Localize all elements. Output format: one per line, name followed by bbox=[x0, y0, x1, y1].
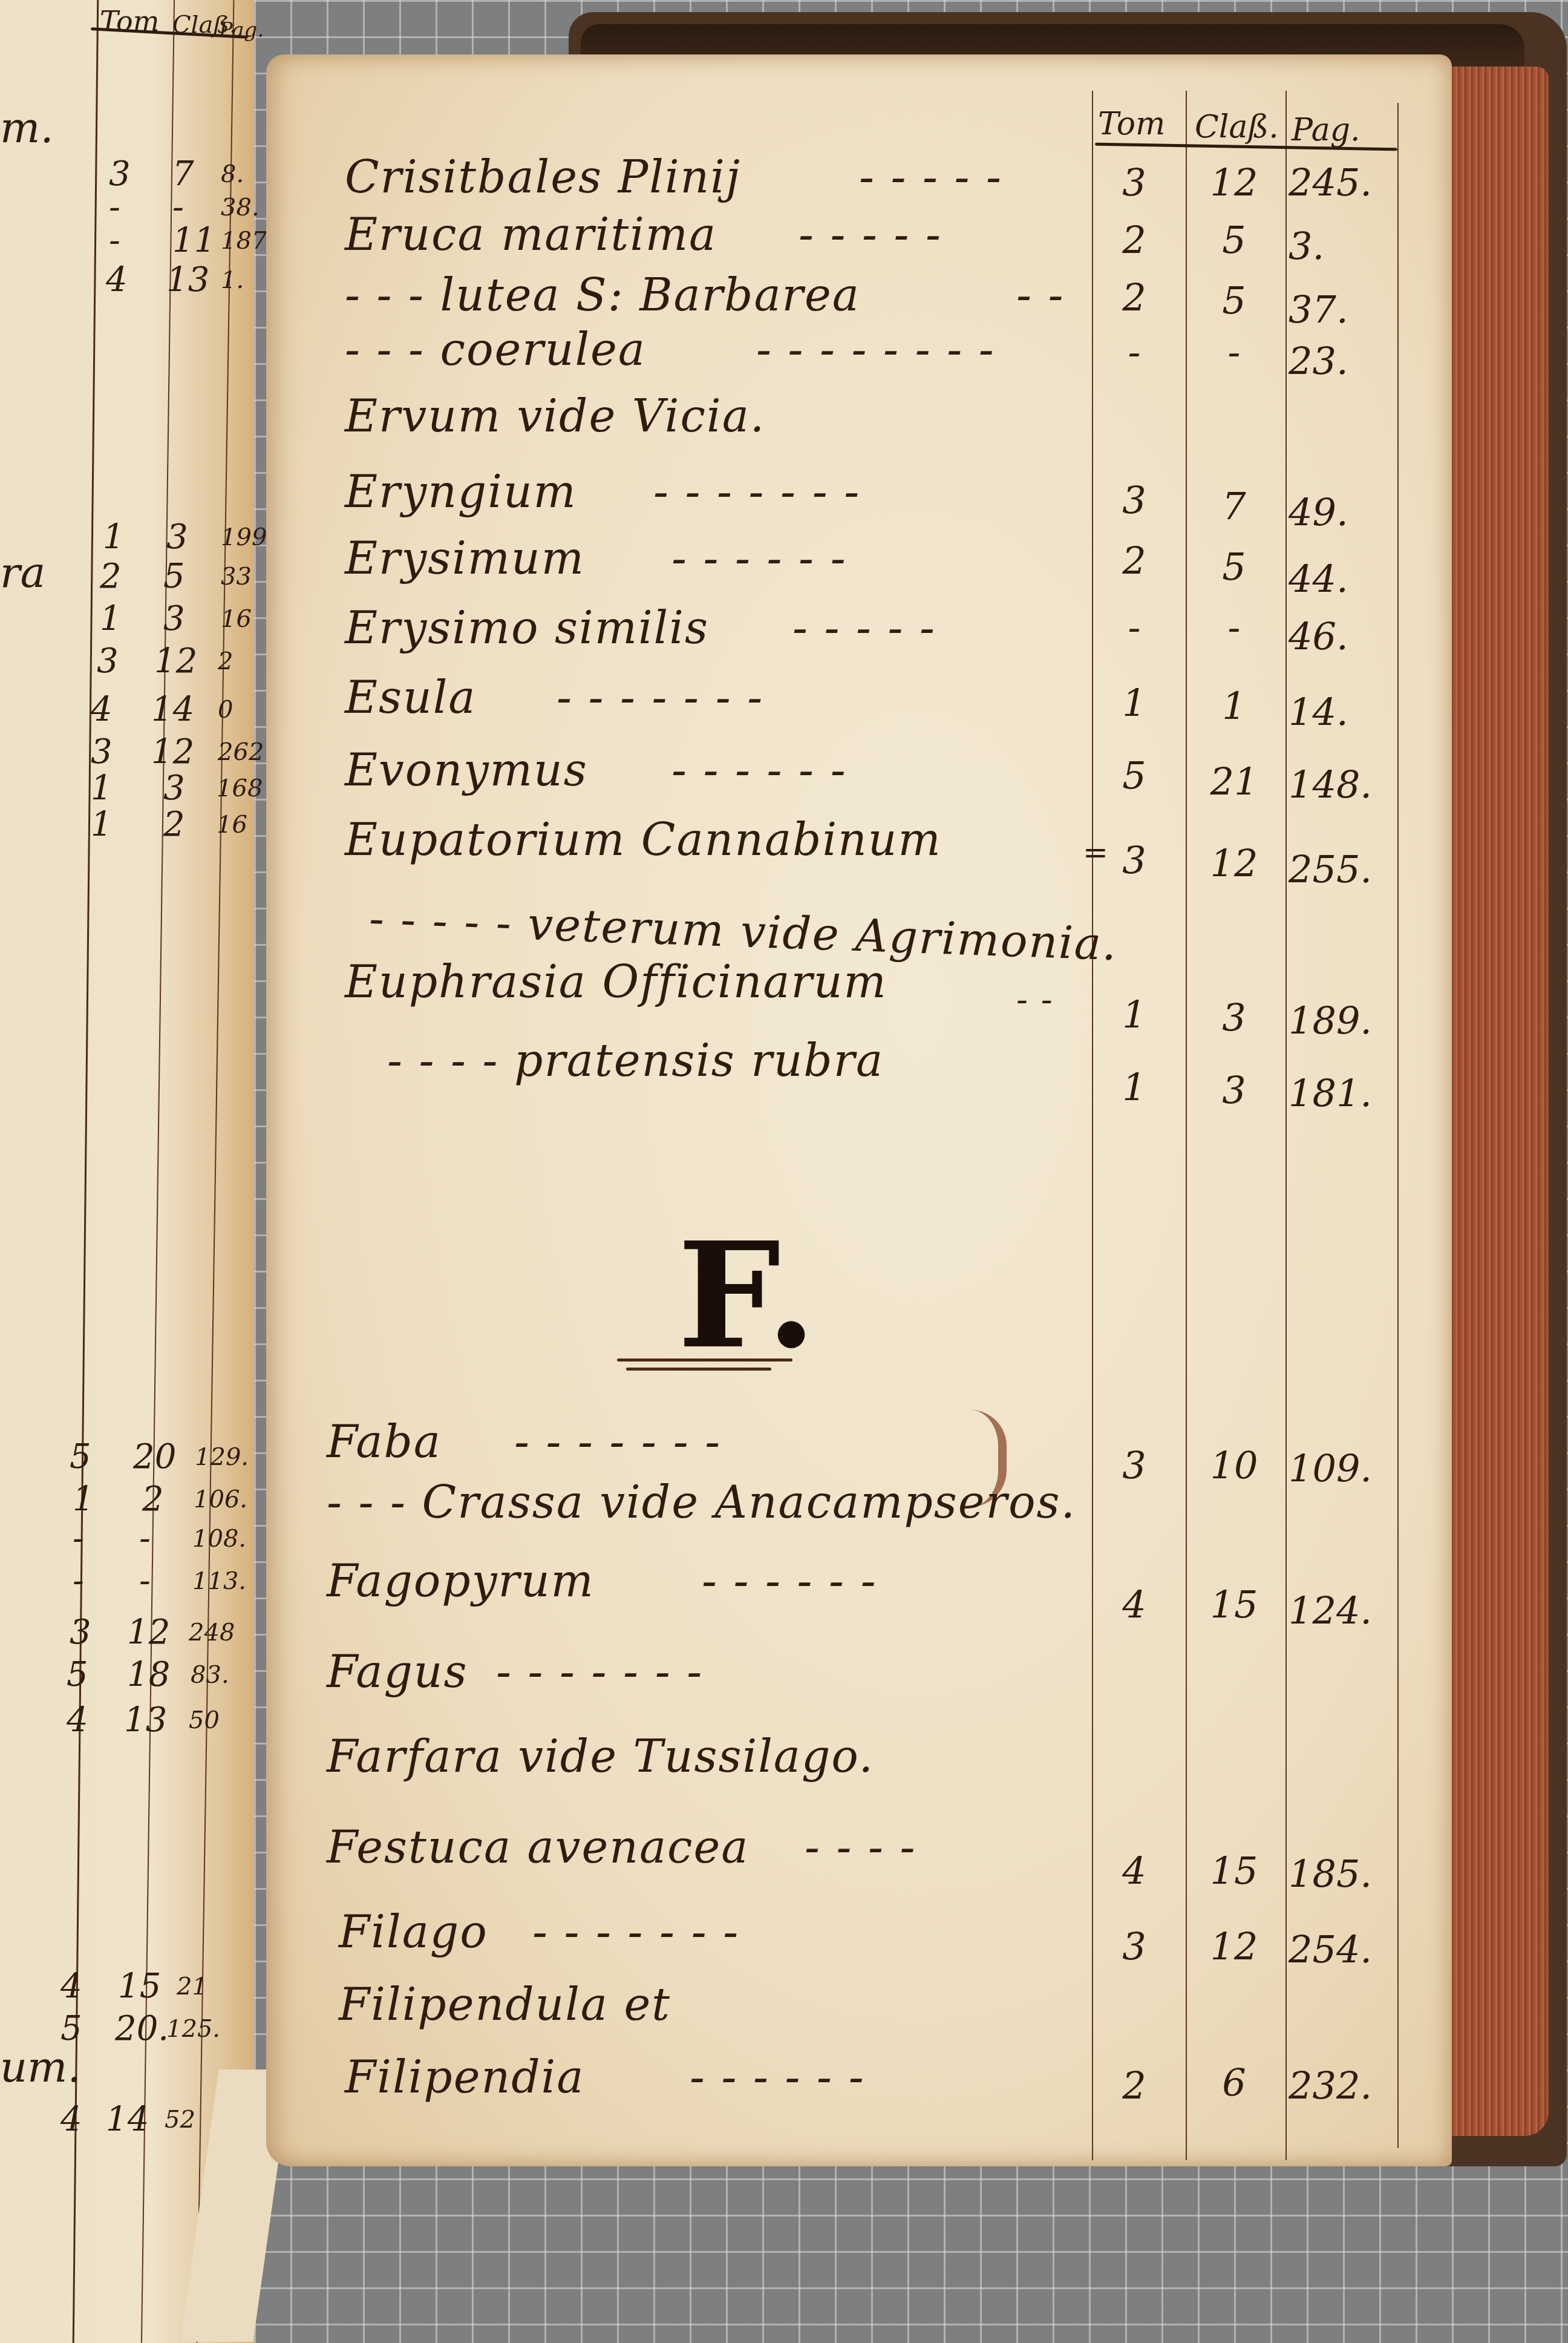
entry-pag: 255. bbox=[1289, 847, 1391, 891]
column-rule-pag bbox=[1285, 91, 1287, 2160]
entry-name: Farfara vide Tussilago. bbox=[327, 1731, 874, 1783]
entry-tom: - bbox=[1101, 605, 1168, 649]
entry-leader: - - - - - - - bbox=[532, 1906, 739, 1958]
entry-pag: 3. bbox=[1289, 224, 1391, 268]
entry-clas: 7 bbox=[1195, 484, 1273, 528]
left-fragment: m. bbox=[0, 103, 54, 152]
entry-clas: 12 bbox=[1195, 841, 1273, 885]
entry-tom: 1 bbox=[1101, 681, 1168, 725]
entry-name: Ervum vide Vicia. bbox=[345, 390, 765, 442]
left-row: 1 3 168 bbox=[0, 768, 254, 805]
entry-leader: - - - - - - - bbox=[557, 672, 763, 724]
entry-pag: 124. bbox=[1289, 1588, 1391, 1633]
entry-leader: - - bbox=[1016, 269, 1065, 321]
left-header-pag: Pag. bbox=[219, 18, 264, 42]
left-row: 3 12 262 bbox=[0, 732, 254, 768]
left-row: 1 2 16 bbox=[0, 805, 254, 841]
left-row: - 11 187. bbox=[0, 221, 254, 257]
entry-leader: - - bbox=[1016, 980, 1054, 1020]
left-row: 1 3 199. bbox=[0, 517, 254, 554]
entry-tom: 3 bbox=[1101, 1924, 1168, 1968]
entry-clas: 10 bbox=[1195, 1443, 1273, 1487]
entry-pag: 245. bbox=[1289, 160, 1391, 205]
entry-clas: - bbox=[1195, 605, 1273, 649]
entry-name: Fagus bbox=[327, 1646, 468, 1698]
entry-clas: 6 bbox=[1195, 2060, 1273, 2105]
left-row: 4 13 1. bbox=[0, 260, 254, 297]
entry-leader: - - - - - - bbox=[702, 1555, 877, 1607]
left-page: Tom Claß. Pag. m. ra um. 3 7 8. - - 38. … bbox=[0, 0, 254, 2343]
header-pag: Pag. bbox=[1292, 112, 1360, 148]
entry-tom: 1 bbox=[1101, 1065, 1168, 1109]
entry-tom: 4 bbox=[1101, 1582, 1168, 1627]
entry-name: Eruca maritima bbox=[345, 209, 717, 261]
left-fragment: um. bbox=[0, 2042, 81, 2092]
left-row: - - 108. bbox=[0, 1519, 254, 1555]
entry-leader: - - - - - bbox=[799, 209, 942, 261]
section-underline bbox=[617, 1358, 792, 1362]
entry-tom: 2 bbox=[1101, 275, 1168, 319]
entry-pag: 14. bbox=[1289, 690, 1391, 734]
entry-name: Erysimum bbox=[345, 532, 585, 585]
entry-clas: 15 bbox=[1195, 1582, 1273, 1627]
entry-clas: 5 bbox=[1195, 278, 1273, 323]
entry-name: Crisitbales Plinij bbox=[345, 151, 741, 203]
header-tom: Tom bbox=[1098, 106, 1165, 142]
entry-leader: - - - - - - bbox=[690, 2051, 865, 2103]
left-row: 4 14 0 bbox=[0, 690, 254, 726]
left-row: 3 12 2 bbox=[0, 641, 254, 678]
entry-name: Eupatorium Cannabinum bbox=[345, 814, 942, 866]
entry-tom: 4 bbox=[1101, 1849, 1168, 1893]
entry-clas: 21 bbox=[1195, 759, 1273, 804]
entry-leader: - - - - - - - bbox=[653, 466, 860, 518]
section-underline bbox=[626, 1368, 771, 1371]
entry-pag: 37. bbox=[1289, 287, 1391, 332]
entry-pag: 109. bbox=[1289, 1446, 1391, 1490]
entry-clas: 15 bbox=[1195, 1849, 1273, 1893]
entry-name: Evonymus bbox=[345, 744, 588, 796]
entry-clas: 3 bbox=[1195, 1068, 1273, 1112]
entry-pag: 254. bbox=[1289, 1927, 1391, 1971]
entry-pag: 46. bbox=[1289, 614, 1391, 658]
entry-pag: 185. bbox=[1289, 1852, 1391, 1896]
entry-clas: 3 bbox=[1195, 995, 1273, 1040]
entry-tom: 2 bbox=[1101, 539, 1168, 583]
entry-clas: 12 bbox=[1195, 160, 1273, 205]
entry-leader: - - - - - - - bbox=[496, 1646, 703, 1698]
entry-name: Faba bbox=[327, 1416, 442, 1468]
entry-tom: 3 bbox=[1101, 160, 1168, 205]
left-row: 4 13 50 bbox=[0, 1700, 254, 1737]
section-letter-f: F. bbox=[678, 1210, 817, 1381]
entry-tom: 1 bbox=[1101, 992, 1168, 1037]
entry-pag: 148. bbox=[1289, 762, 1391, 807]
entry-name: - - - lutea S: Barbarea bbox=[345, 269, 860, 321]
entry-leader: - - - - - - bbox=[671, 744, 847, 796]
left-row: 5 18 83. bbox=[0, 1655, 254, 1691]
entry-clas: 5 bbox=[1195, 218, 1273, 262]
entry-name: - - - coerulea bbox=[345, 324, 646, 376]
left-row: 1 2 106. bbox=[0, 1480, 254, 1516]
entry-name: Eryngium bbox=[345, 466, 577, 518]
entry-tom: 2 bbox=[1101, 2063, 1168, 2108]
left-row: 3 12 248 bbox=[0, 1613, 254, 1649]
entry-leader: - - - - - bbox=[792, 602, 936, 654]
entry-name: - - - - pratensis rubra bbox=[387, 1035, 884, 1087]
left-row: 5 20 129. bbox=[0, 1437, 254, 1473]
column-rule-clas bbox=[1186, 91, 1187, 2160]
left-row: 1 3 16 bbox=[0, 599, 254, 635]
entry-tom: 2 bbox=[1101, 218, 1168, 262]
entry-name: Filago bbox=[339, 1906, 488, 1958]
left-row: 4 15 21 bbox=[0, 1967, 254, 2003]
entry-tom: 3 bbox=[1101, 478, 1168, 522]
entry-name: Esula bbox=[345, 672, 476, 724]
entry-pag: 189. bbox=[1289, 998, 1391, 1043]
entry-name: Filipendia bbox=[345, 2051, 584, 2103]
left-row: - - 113. bbox=[0, 1561, 254, 1597]
header-clas: Claß. bbox=[1195, 109, 1279, 145]
entry-clas: 1 bbox=[1195, 684, 1273, 728]
entry-leader: - - - - bbox=[805, 1821, 916, 1873]
entry-pag: 23. bbox=[1289, 339, 1391, 383]
entry-tom: - bbox=[1101, 330, 1168, 374]
entry-pag: 44. bbox=[1289, 557, 1391, 601]
entry-leader: - - - - - - - - bbox=[756, 324, 995, 376]
entry-pag: 232. bbox=[1289, 2063, 1391, 2108]
column-rule-tom bbox=[1092, 91, 1093, 2160]
entry-name: - - - Crassa vide Anacampseros. bbox=[327, 1476, 1076, 1529]
entry-tom: 3 bbox=[1101, 1443, 1168, 1487]
entry-clas: 12 bbox=[1195, 1924, 1273, 1968]
entry-name: Erysimo similis bbox=[345, 602, 709, 654]
entry-clas: 5 bbox=[1195, 545, 1273, 589]
entry-leader: - - - - - - - bbox=[514, 1416, 721, 1468]
entry-clas: - bbox=[1195, 330, 1273, 374]
entry-tom: 3 bbox=[1101, 838, 1168, 882]
entry-leader: - - - - - - bbox=[671, 532, 847, 585]
entry-name: Fagopyrum bbox=[327, 1555, 595, 1607]
entry-name: Filipendula et bbox=[339, 1979, 671, 2031]
left-row: - - 38. bbox=[0, 188, 254, 224]
left-row: 2 5 33 bbox=[0, 557, 254, 593]
entry-tom: 5 bbox=[1101, 753, 1168, 798]
left-row: 3 7 8. bbox=[0, 154, 254, 191]
entry-name: Festuca avenacea bbox=[327, 1821, 749, 1873]
column-rule-right-margin bbox=[1397, 103, 1399, 2148]
entry-leader: - - - - - bbox=[859, 151, 1002, 203]
left-row: 5 20. 125. bbox=[0, 2009, 254, 2045]
entry-pag: 181. bbox=[1289, 1071, 1391, 1115]
entry-pag: 49. bbox=[1289, 490, 1391, 534]
entry-name: Euphrasia Officinarum bbox=[345, 956, 887, 1008]
